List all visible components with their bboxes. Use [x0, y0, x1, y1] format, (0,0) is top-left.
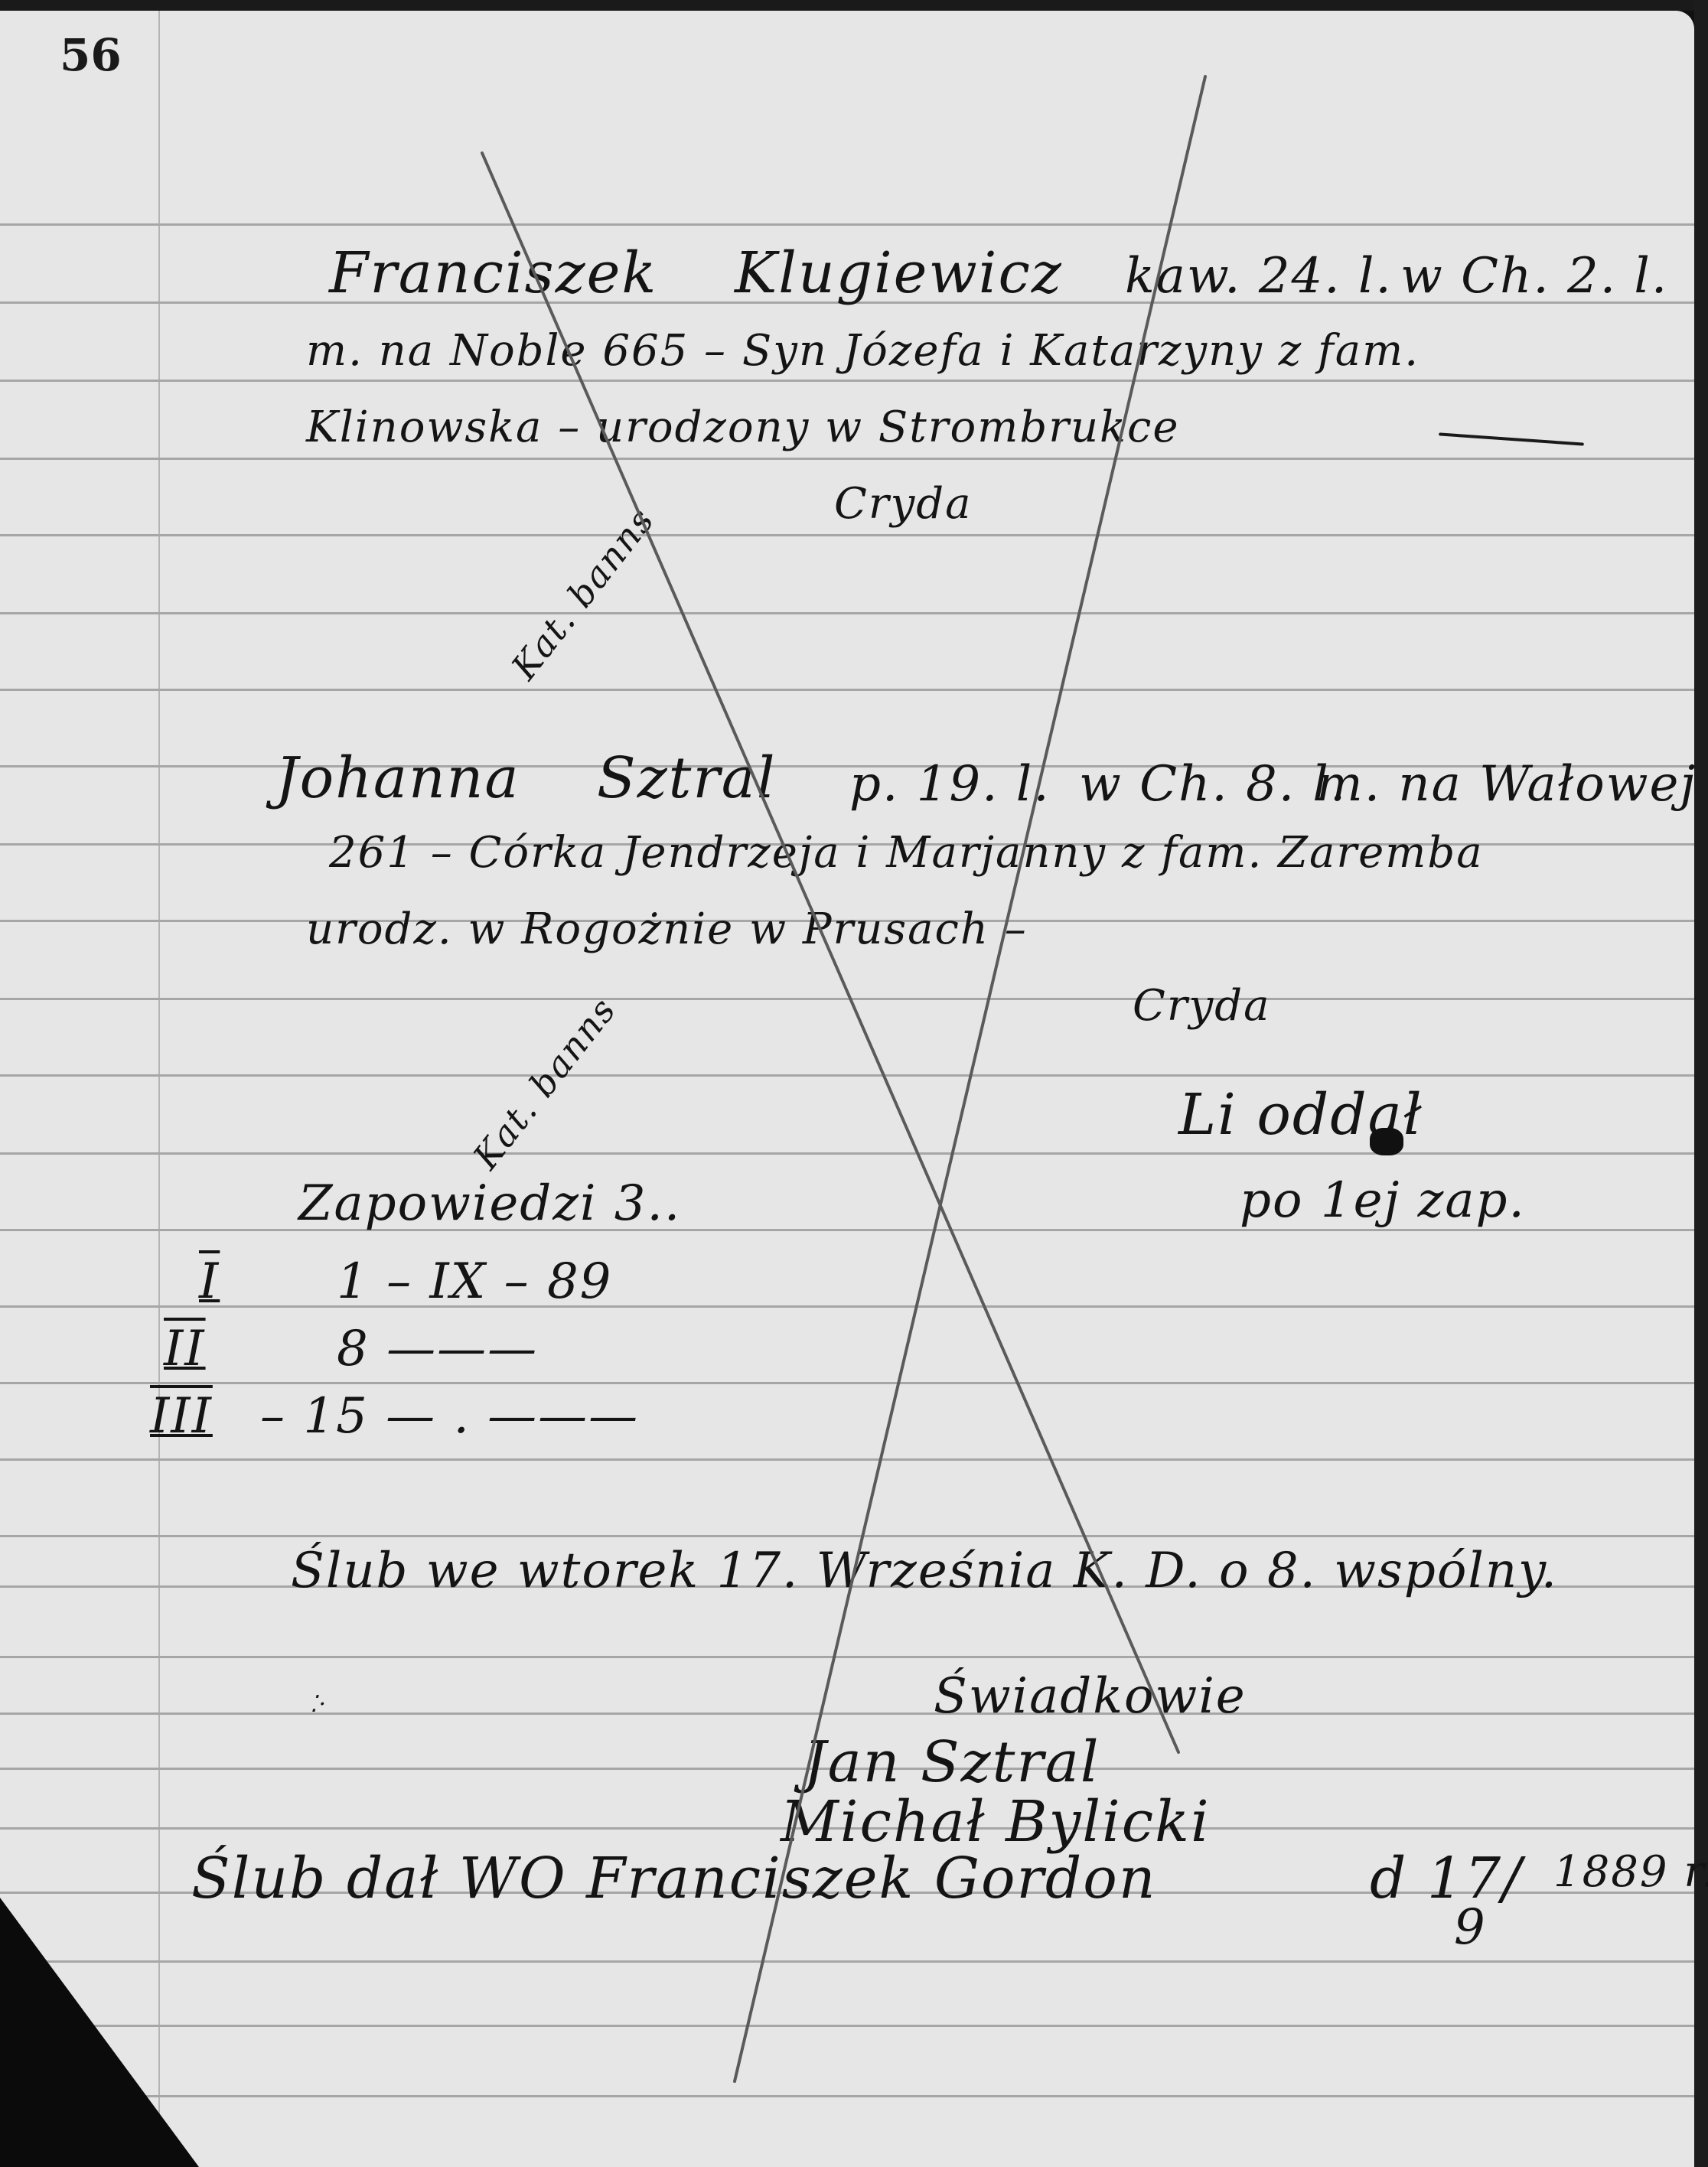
- rule-line: [0, 380, 1694, 382]
- groom-line-3: Klinowska – urodzony w Strombrukce: [306, 402, 1179, 452]
- banns-date-3: – 15 — . ———: [260, 1388, 639, 1445]
- stray-mark: ⁚·: [310, 1691, 328, 1718]
- groom-signature-mark: Cryda: [834, 479, 973, 529]
- closing-date-month: 9: [1454, 1899, 1487, 1956]
- scan-frame-right: [1694, 0, 1708, 2167]
- line-end-flourish: [1439, 432, 1584, 445]
- rule-line: [0, 223, 1694, 226]
- rule-line: [0, 1152, 1694, 1155]
- groom-margin-note: Kat. banns: [503, 500, 662, 687]
- rule-line: [0, 2025, 1694, 2027]
- rule-line: [0, 998, 1694, 1000]
- banns-roman-3: III: [150, 1388, 213, 1445]
- bride-line-2: 261 – Córka Jendrzeja i Marjanny z fam. …: [329, 828, 1484, 878]
- groom-surname: Klugiewicz: [735, 240, 1063, 306]
- bride-signature-mark: Cryda: [1133, 981, 1271, 1031]
- banns-date-2: 8 ———: [337, 1321, 538, 1377]
- register-page: 56 Franciszek Klugiewicz kaw. 24. l. w C…: [0, 11, 1694, 2167]
- banns-date-1: 1 – IX – 89: [337, 1253, 612, 1310]
- bride-residence: m. na Wałowej: [1316, 756, 1697, 813]
- closing-date-day: d 17/: [1370, 1846, 1523, 1911]
- rule-line: [0, 1458, 1694, 1461]
- rule-line: [0, 1656, 1694, 1658]
- wedding-note: Ślub we wtorek 17. Września K. D. o 8. w…: [291, 1543, 1558, 1599]
- ink-blot: [1370, 1128, 1403, 1155]
- page-number: 56: [60, 29, 122, 81]
- officiant-text: Ślub dał WO Franciszek Gordon: [191, 1846, 1157, 1911]
- scan-frame-top: [0, 0, 1708, 11]
- witnesses-heading: Świadkowie: [934, 1668, 1247, 1725]
- banns-roman-1: I: [199, 1253, 220, 1310]
- note-after-first-banns: po 1ej zap.: [1240, 1172, 1526, 1229]
- rule-line: [0, 458, 1694, 460]
- bride-line-3: urodz. w Rogożnie w Prusach –: [306, 904, 1028, 954]
- margin-rule: [158, 11, 160, 2167]
- groom-line-2: m. na Noble 665 – Syn Józefa i Katarzyny…: [306, 326, 1420, 376]
- rule-line: [0, 1535, 1694, 1537]
- groom-confession: w Ch. 2. l.: [1400, 248, 1668, 305]
- rule-line: [0, 534, 1694, 536]
- rule-line: [0, 612, 1694, 614]
- rule-line: [0, 1305, 1694, 1308]
- banns-roman-2: II: [164, 1321, 206, 1377]
- rule-line: [0, 1960, 1694, 1963]
- bride-margin-note: Kat. banns: [464, 989, 624, 1177]
- banns-heading: Zapowiedzi 3..: [298, 1175, 681, 1232]
- rule-line: [0, 1074, 1694, 1077]
- bride-confession: w Ch. 8. l.: [1079, 756, 1347, 813]
- rule-line: [0, 1229, 1694, 1231]
- bride-surname: Sztral: [597, 745, 777, 811]
- witness-1: Jan Sztral: [803, 1729, 1100, 1795]
- rule-line: [0, 689, 1694, 691]
- rule-line: [0, 2095, 1694, 2097]
- bride-name: Johanna: [275, 745, 520, 811]
- bride-status: p. 19. l.: [849, 756, 1051, 813]
- rule-line: [0, 1382, 1694, 1384]
- closing-year: 1889 r.: [1553, 1847, 1708, 1897]
- groom-status: kaw. 24. l.: [1125, 248, 1393, 305]
- groom-name: Franciszek: [329, 240, 657, 306]
- rule-line: [0, 1712, 1694, 1715]
